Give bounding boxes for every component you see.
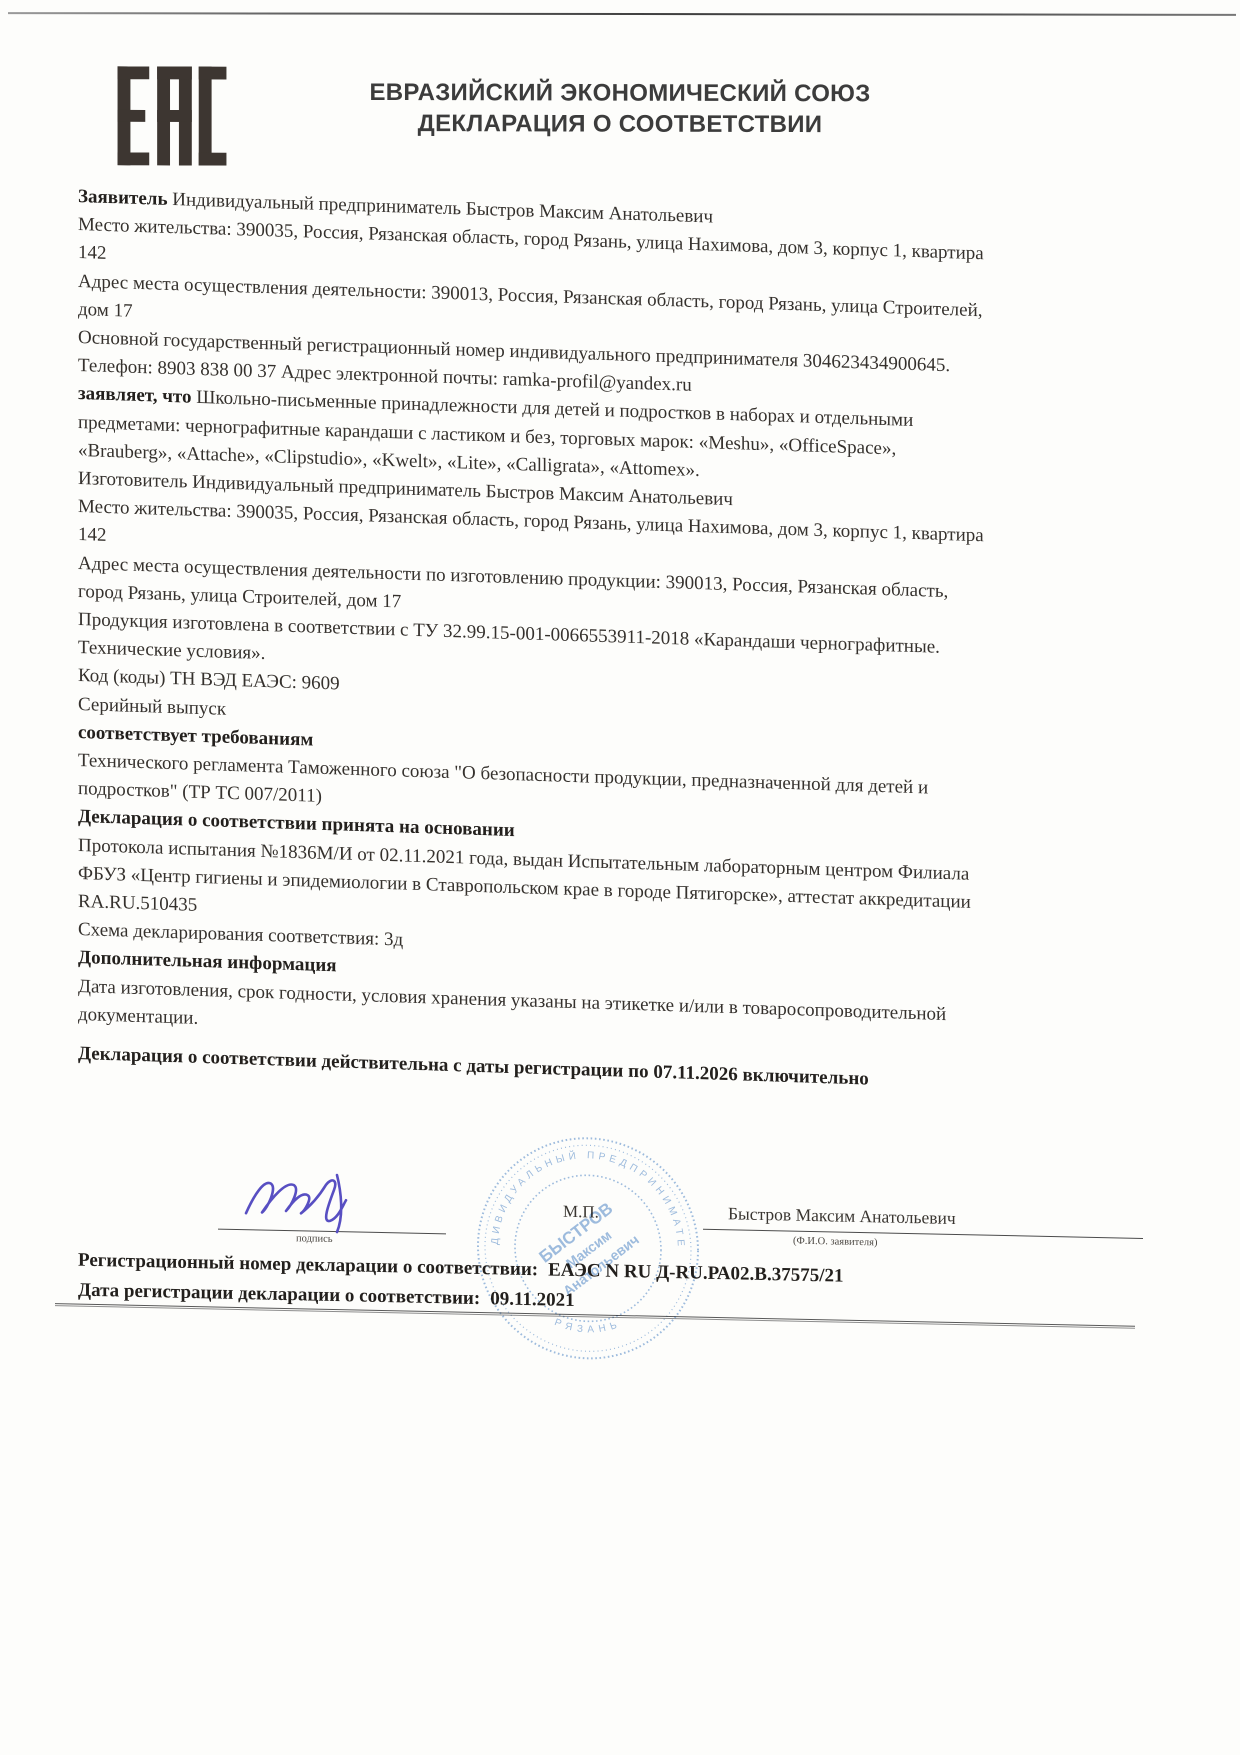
body-lines: Заявитель Индивидуальный предприниматель… (78, 183, 1078, 1101)
eac-logo-letters (118, 66, 227, 165)
declaration-document: ЕВРАЗИЙСКИЙ ЭКОНОМИЧЕСКИЙ СОЮЗ ДЕКЛАРАЦИ… (0, 0, 1240, 1755)
declarant-name-caption: (Ф.И.О. заявителя) (793, 1236, 878, 1249)
handwritten-signature (240, 1155, 380, 1238)
title-union: ЕВРАЗИЙСКИЙ ЭКОНОМИЧЕСКИЙ СОЮЗ (340, 77, 900, 109)
document-title: ЕВРАЗИЙСКИЙ ЭКОНОМИЧЕСКИЙ СОЮЗ ДЕКЛАРАЦИ… (340, 77, 900, 140)
document-header: ЕВРАЗИЙСКИЙ ЭКОНОМИЧЕСКИЙ СОЮЗ ДЕКЛАРАЦИ… (0, 0, 1240, 3)
title-declaration: ДЕКЛАРАЦИЯ О СООТВЕТСТВИИ (340, 108, 900, 140)
stamp-city-text: РЯЗАНЬ (553, 1317, 623, 1336)
round-ink-stamp: ИНДИВИДУАЛЬНЫЙ ПРЕДПРИНИМАТЕЛЬ РЯЗАНЬ БЫ… (468, 1126, 708, 1371)
declarant-name-line (703, 1229, 1143, 1239)
eac-logo (117, 66, 227, 165)
signature-registration-block: подпись М.П. Быстров Максим Анатольевич … (0, 1140, 1240, 1486)
declarant-name: Быстров Максим Анатольевич (728, 1203, 956, 1229)
stamp-center-text: БЫСТРОВ Максим Анатольевич (534, 1198, 642, 1299)
scan-edge-artifact (8, 12, 1236, 16)
